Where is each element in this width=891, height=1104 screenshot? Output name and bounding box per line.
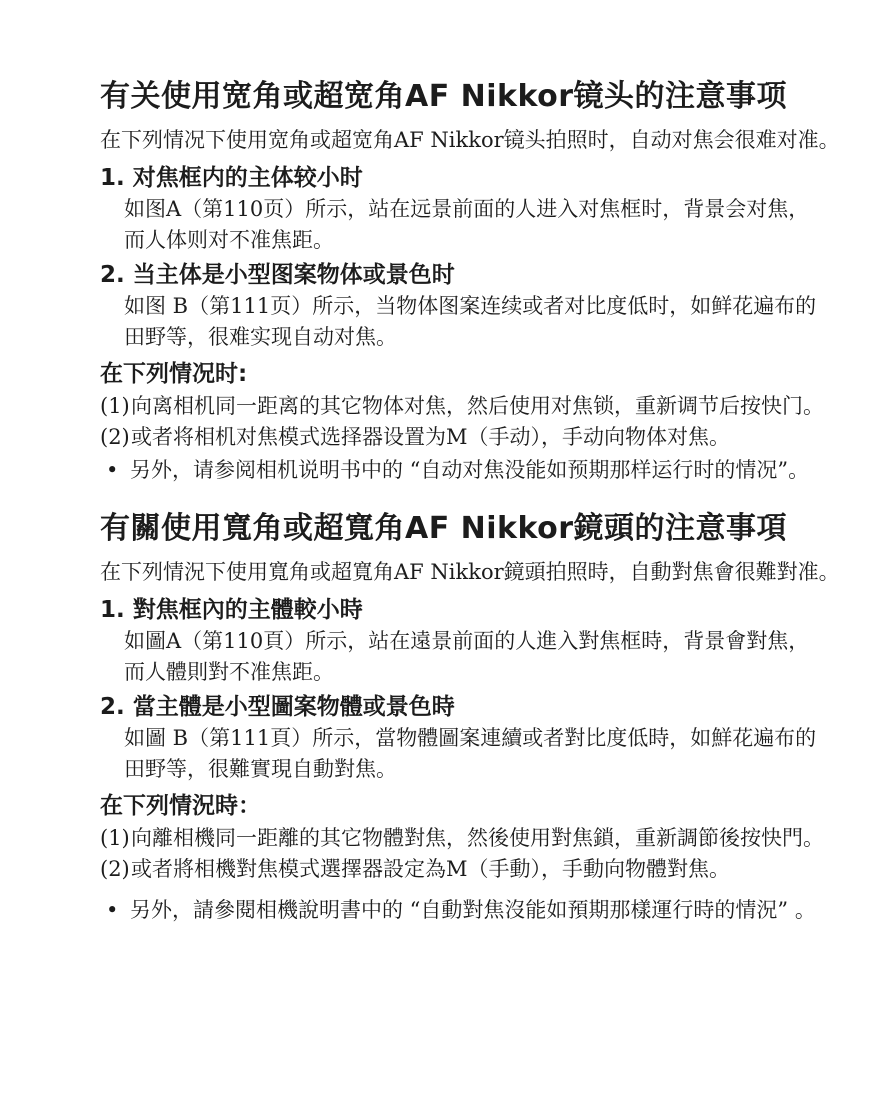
case-2-marker: (2) [100, 854, 131, 885]
section-simplified-chinese: 有关使用宽角或超宽角AF Nikkor镜头的注意事项 在下列情况下使用宽角或超宽… [100, 80, 815, 486]
case-2-text: 或者将相机对焦模式选择器设置为M（手动），手动向物体对焦。 [131, 425, 730, 449]
item-2-body-line-2: 田野等，很难实现自动对焦。 [100, 322, 815, 353]
item-1-heading: 1. 对焦框内的主体较小时 [100, 163, 815, 193]
case-1-text: 向離相機同一距離的其它物體對焦，然後使用對焦鎖，重新調節後按快門。 [131, 826, 824, 850]
case-line-1: (1)向離相機同一距離的其它物體對焦，然後使用對焦鎖，重新調節後按快門。 [100, 823, 815, 854]
cases-heading: 在下列情况时: [100, 359, 815, 389]
case-1-marker: (1) [100, 823, 131, 854]
intro-paragraph: 在下列情況下使用寬角或超寬角AF Nikkor鏡頭拍照時，自動對焦會很難對准。 [100, 557, 815, 587]
numbered-item-2: 2. 当主体是小型图案物体或景色时 如图 B（第111页）所示，当物体图案连续或… [100, 260, 815, 353]
cases-heading: 在下列情況時： [100, 791, 815, 821]
note-line: •另外，請參閱相機說明書中的 “自動對焦沒能如預期那樣運行時的情況” 。 [100, 895, 815, 926]
bullet-icon: • [100, 895, 130, 926]
section-title: 有關使用寬角或超寬角AF Nikkor鏡頭的注意事項 [100, 512, 815, 546]
case-1-marker: (1) [100, 391, 131, 422]
note-text: 另外，请参阅相机说明书中的 “自动对焦没能如预期那样运行时的情况”。 [130, 458, 809, 482]
note-line: •另外，请参阅相机说明书中的 “自动对焦没能如预期那样运行时的情况”。 [100, 455, 815, 486]
case-line-2: (2)或者将相机对焦模式选择器设置为M（手动），手动向物体对焦。 [100, 422, 815, 453]
item-2-heading: 2. 当主体是小型图案物体或景色时 [100, 260, 815, 290]
case-1-text: 向离相机同一距离的其它物体对焦，然后使用对焦锁，重新调节后按快门。 [131, 394, 824, 418]
item-1-body-line-1: 如圖A（第110頁）所示，站在遠景前面的人進入對焦框時，背景會對焦， [100, 626, 815, 657]
bullet-icon: • [100, 455, 130, 486]
item-1-body-line-1: 如图A（第110页）所示，站在远景前面的人进入对焦框时，背景会对焦， [100, 194, 815, 225]
item-2-heading: 2. 當主體是小型圖案物體或景色時 [100, 692, 815, 722]
item-1-body-line-2: 而人体则对不准焦距。 [100, 225, 815, 256]
section-title: 有关使用宽角或超宽角AF Nikkor镜头的注意事项 [100, 80, 815, 114]
item-2-body-line-2: 田野等，很難實現自動對焦。 [100, 754, 815, 785]
case-2-marker: (2) [100, 422, 131, 453]
note-text: 另外，請參閱相機說明書中的 “自動對焦沒能如預期那樣運行時的情況” 。 [130, 898, 816, 922]
item-2-body-line-1: 如圖 B（第111頁）所示，當物體圖案連續或者對比度低時，如鮮花遍布的 [100, 723, 815, 754]
item-2-body-line-1: 如图 B（第111页）所示，当物体图案连续或者对比度低时，如鲜花遍布的 [100, 291, 815, 322]
document-page: 有关使用宽角或超宽角AF Nikkor镜头的注意事项 在下列情况下使用宽角或超宽… [0, 0, 891, 1104]
item-1-heading: 1. 對焦框內的主體較小時 [100, 595, 815, 625]
case-2-text: 或者將相機對焦模式選擇器設定為M（手動），手動向物體對焦。 [131, 857, 730, 881]
intro-paragraph: 在下列情况下使用宽角或超宽角AF Nikkor镜头拍照时，自动对焦会很难对准。 [100, 125, 815, 155]
item-1-body-line-2: 而人體則對不准焦距。 [100, 657, 815, 688]
numbered-item-1: 1. 對焦框內的主體較小時 如圖A（第110頁）所示，站在遠景前面的人進入對焦框… [100, 595, 815, 688]
case-line-1: (1)向离相机同一距离的其它物体对焦，然后使用对焦锁，重新调节后按快门。 [100, 391, 815, 422]
numbered-item-2: 2. 當主體是小型圖案物體或景色時 如圖 B（第111頁）所示，當物體圖案連續或… [100, 692, 815, 785]
case-line-2: (2)或者將相機對焦模式選擇器設定為M（手動），手動向物體對焦。 [100, 854, 815, 885]
section-traditional-chinese: 有關使用寬角或超寬角AF Nikkor鏡頭的注意事項 在下列情況下使用寬角或超寬… [100, 512, 815, 926]
numbered-item-1: 1. 对焦框内的主体较小时 如图A（第110页）所示，站在远景前面的人进入对焦框… [100, 163, 815, 256]
